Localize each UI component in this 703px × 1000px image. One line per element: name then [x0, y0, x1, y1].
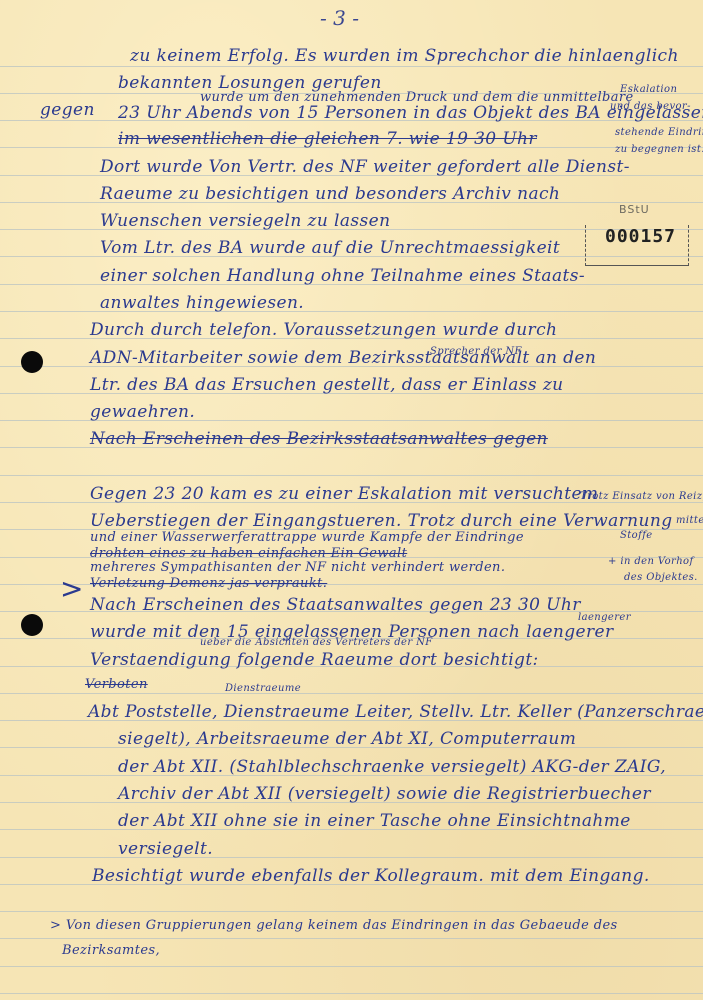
margin-note-right: stehende Eindring — [615, 127, 703, 138]
text-line: Gegen 23 20 kam es zu einer Eskalation m… — [90, 484, 598, 504]
ruled-line — [0, 66, 703, 67]
archive-stamp-label: BStU — [619, 203, 650, 216]
text-line: Verstaendigung folgende Raeume dort besi… — [90, 650, 539, 670]
ruled-line — [0, 475, 703, 476]
text-line: mehreres Sympathisanten der NF nicht ver… — [90, 560, 505, 575]
punch-hole — [21, 351, 43, 373]
text-line-struck: Verletzung Demenz jas verpraukt. — [90, 576, 327, 591]
page-number: - 3 - — [320, 6, 359, 30]
text-line: gewaehren. — [90, 402, 195, 422]
margin-note-mittel: mittel — [676, 515, 703, 526]
text-line: Wuenschen versiegeln zu lassen — [100, 211, 390, 231]
text-line: anwaltes hingewiesen. — [100, 293, 304, 313]
margin-note-stoffe: Stoffe — [620, 530, 653, 541]
margin-note-right: zu begegnen ist. — [615, 144, 703, 155]
text-line: Nach Erscheinen des Staatsanwaltes gegen… — [90, 595, 581, 615]
ruled-line — [0, 993, 703, 994]
text-line: einer solchen Handlung ohne Teilnahme ei… — [100, 266, 585, 286]
text-line: Besichtigt wurde ebenfalls der Kollegrau… — [92, 866, 650, 886]
ruled-line — [0, 938, 703, 939]
text-line: ADN-Mitarbeiter sowie dem Bezirksstaatsa… — [90, 348, 596, 368]
text-line: Ueberstiegen der Eingangstueren. Trotz d… — [90, 511, 673, 531]
text-line: Raeume zu besichtigen und besonders Arch… — [100, 184, 560, 204]
text-line: Archiv der Abt XII (versiegelt) sowie di… — [118, 784, 651, 804]
text-line: > Von diesen Gruppierungen gelang keinem… — [50, 918, 618, 933]
text-line: Ltr. des BA das Ersuchen gestellt, dass … — [90, 375, 564, 395]
text-line: Bezirksamtes, — [62, 943, 160, 958]
text-line-struck: im wesentlichen die gleichen 7. wie 19 3… — [118, 129, 537, 149]
text-line: der Abt XII. (Stahlblechschraenke versie… — [118, 757, 666, 777]
margin-note-objektes: des Objektes. — [624, 572, 698, 583]
text-line: 23 Uhr Abends von 15 Personen in das Obj… — [118, 103, 703, 123]
text-line: Dort wurde Von Vertr. des NF weiter gefo… — [100, 157, 630, 177]
ruled-line — [0, 693, 703, 694]
text-line: Durch durch telefon. Voraussetzungen wur… — [90, 320, 557, 340]
punch-hole — [21, 614, 43, 636]
ruled-line — [0, 966, 703, 967]
margin-note-vorhof: + in den Vorhof — [608, 556, 694, 567]
text-line: zu keinem Erfolg. Es wurden im Sprechcho… — [130, 46, 679, 66]
text-line: versiegelt. — [118, 839, 213, 859]
text-line-struck: Verboten — [85, 677, 148, 692]
text-line: siegelt), Arbeitsraeume der Abt XI, Comp… — [118, 729, 576, 749]
text-line-struck: drohten eines zu haben einfachen Ein Gew… — [90, 546, 407, 561]
text-line: der Abt XII ohne sie in einer Tasche ohn… — [118, 811, 631, 831]
archive-stamp-number: 000157 — [605, 226, 676, 247]
text-line: Abt Poststelle, Dienstraeume Leiter, Ste… — [88, 702, 703, 722]
ruled-line — [0, 857, 703, 858]
text-line-struck: Nach Erscheinen des Bezirksstaatsanwalte… — [90, 429, 548, 449]
insertion-arrow-icon: > — [60, 572, 83, 605]
insert-dienstraeume: Dienstraeume — [225, 683, 301, 694]
text-line: Vom Ltr. des BA wurde auf die Unrechtmae… — [100, 238, 560, 258]
ruled-line — [0, 911, 703, 912]
text-line: und einer Wasserwerferattrappe wurde Kam… — [90, 530, 524, 545]
margin-note-gegen: gegen — [40, 100, 95, 120]
text-line: wurde mit den 15 eingelassenen Personen … — [90, 622, 614, 642]
